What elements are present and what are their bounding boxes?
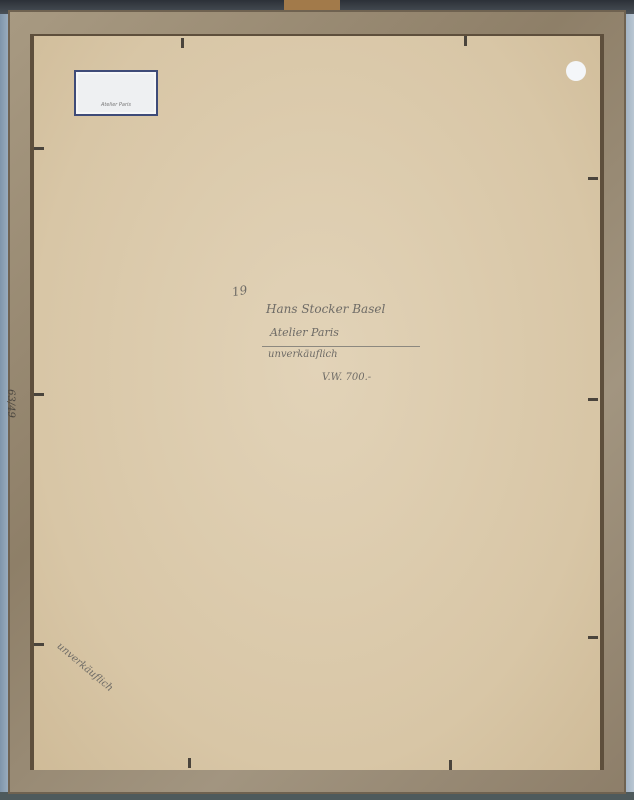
backing-board: [34, 36, 600, 770]
nail-icon: [34, 147, 44, 150]
nail-icon: [188, 758, 191, 768]
nail-icon: [34, 393, 44, 396]
frame-dimensions: 63/49: [5, 389, 16, 418]
nail-icon: [34, 643, 44, 646]
handwritten-number: 19: [231, 283, 248, 299]
handwritten-not-for-sale: unverkäuflich: [268, 349, 338, 360]
round-sticker: [566, 61, 586, 81]
nail-icon: [588, 636, 598, 639]
nail-icon: [449, 760, 452, 770]
nail-icon: [181, 38, 184, 48]
nail-icon: [588, 177, 598, 180]
nail-icon: [464, 36, 467, 46]
nail-icon: [588, 398, 598, 401]
handwritten-price: V.W. 700.-: [322, 372, 371, 383]
gallery-label: Atelier Paris: [74, 70, 158, 116]
handwritten-underline: [262, 346, 420, 347]
label-text: Atelier Paris: [76, 102, 156, 108]
handwritten-location: Atelier Paris: [270, 326, 339, 339]
handwritten-artist: Hans Stocker Basel: [266, 302, 385, 316]
